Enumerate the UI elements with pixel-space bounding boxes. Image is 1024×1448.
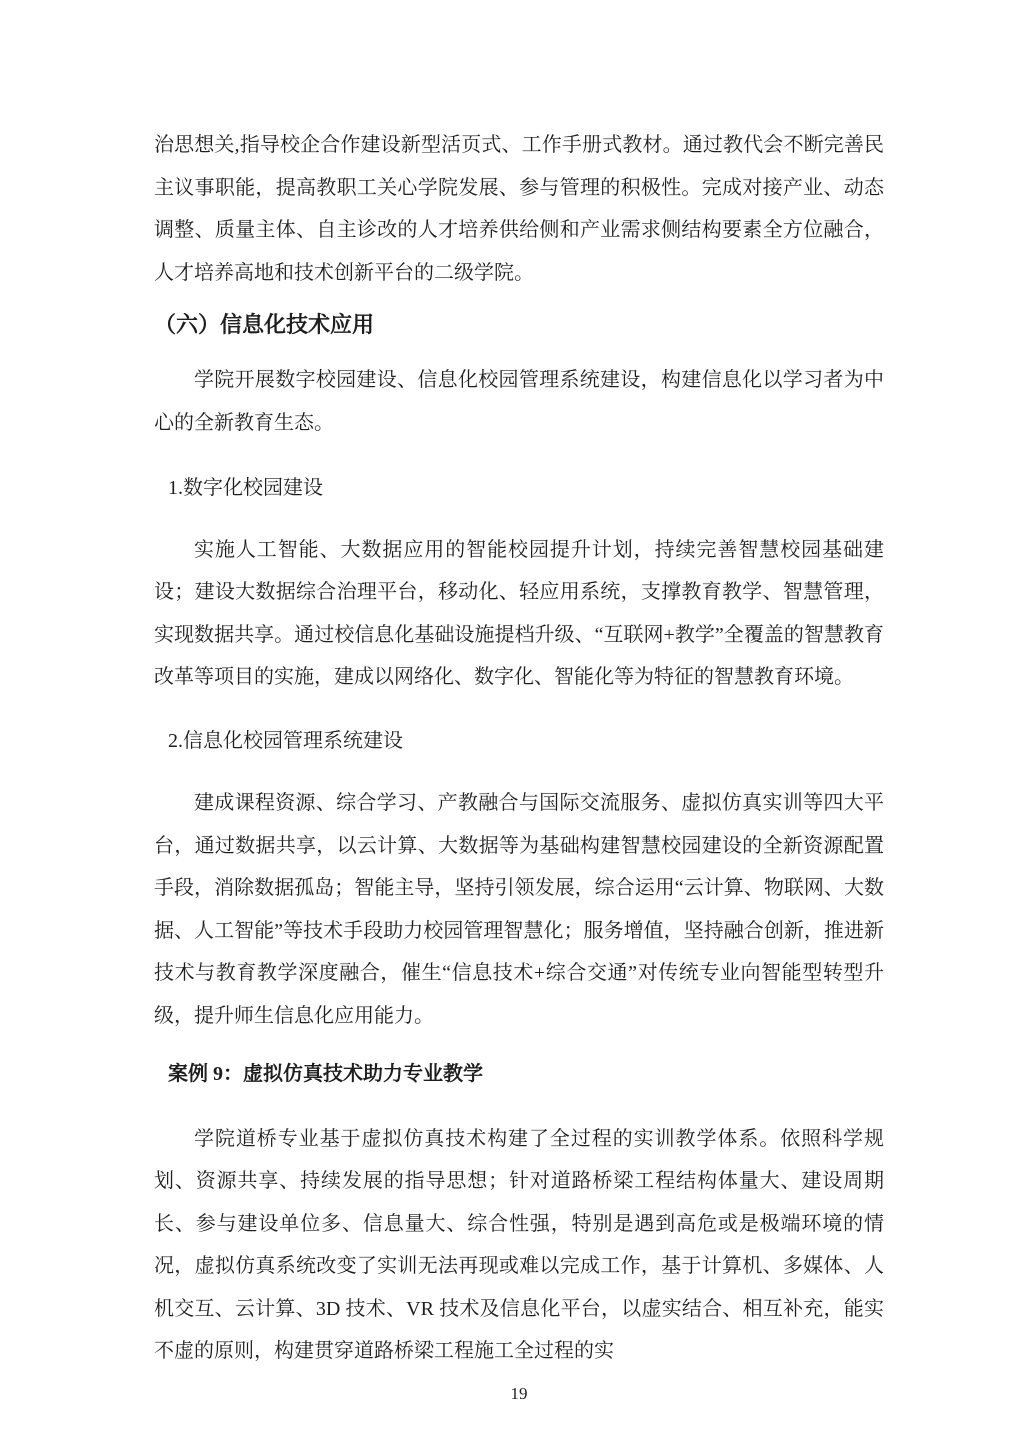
document-page: 治思想关,指导校企合作建设新型活页式、工作手册式教材。通过教代会不断完善民主议事…	[0, 0, 1024, 1448]
section-heading: （六）信息化技术应用	[154, 308, 884, 342]
case-paragraph: 学院道桥专业基于虚拟仿真技术构建了全过程的实训教学体系。依照科学规划、资源共享、…	[154, 1118, 884, 1373]
subsection-1-heading: 1.数字化校园建设	[154, 467, 884, 510]
case-heading: 案例 9：虚拟仿真技术助力专业教学	[154, 1053, 884, 1096]
intro-paragraph: 学院开展数字校园建设、信息化校园管理系统建设，构建信息化以学习者为中心的全新教育…	[154, 359, 884, 444]
page-number: 19	[154, 1382, 884, 1406]
continuation-paragraph: 治思想关,指导校企合作建设新型活页式、工作手册式教材。通过教代会不断完善民主议事…	[154, 124, 884, 294]
subsection-1-paragraph: 实施人工智能、大数据应用的智能校园提升计划，持续完善智慧校园基础建设；建设大数据…	[154, 529, 884, 699]
subsection-2-heading: 2.信息化校园管理系统建设	[154, 720, 884, 763]
subsection-2-paragraph: 建成课程资源、综合学习、产教融合与国际交流服务、虚拟仿真实训等四大平台，通过数据…	[154, 782, 884, 1037]
